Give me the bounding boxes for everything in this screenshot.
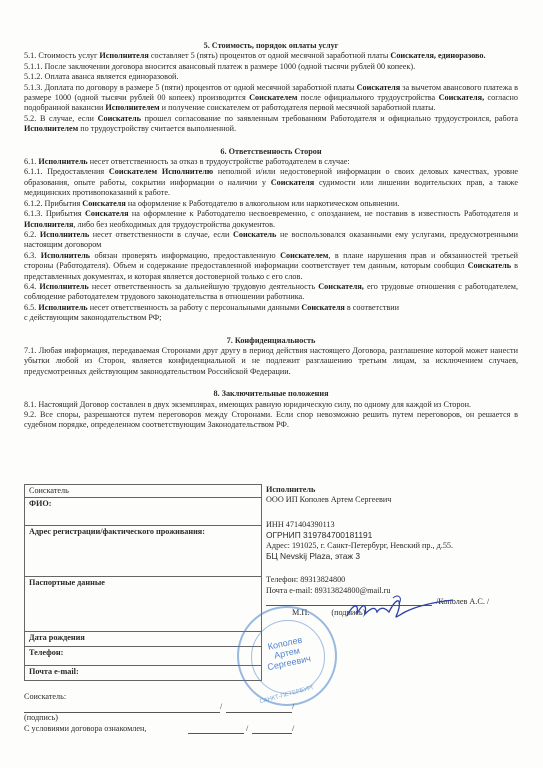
section7-title: 7. Конфиденциальность xyxy=(24,336,518,346)
acquainted-name-line[interactable] xyxy=(252,724,292,734)
company-stamp: Кополев Артем Сергеевич САНКТ-ПЕТЕРБУРГ xyxy=(237,606,337,706)
executor-bc: БЦ Nevskij Plaza, этаж 3 xyxy=(266,551,526,561)
clause-6-2: 6.2. Исполнитель несет ответственности в… xyxy=(24,230,518,251)
executor-address: Адрес: 191025, г. Санкт-Петербург, Невск… xyxy=(266,541,526,551)
clause-6-1-3: 6.1.3. Прибытия Соискателя на оформление… xyxy=(24,209,518,230)
executor-ogrnip: ОГРНИП 319784700181191 xyxy=(266,530,526,540)
executor-name: ООО ИП Кополев Артем Сергеевич xyxy=(266,495,526,505)
clause-5-1: 5.1. Стоимость услуг Исполнителя составл… xyxy=(24,51,518,61)
applicant-sign-caption: (подпись) xyxy=(24,713,324,723)
signature-icon xyxy=(345,594,455,624)
clause-6-1-1: 6.1.1. Предоставления Соискателем Исполн… xyxy=(24,167,518,198)
clause-6-1: 6.1. Исполнитель несет ответственность з… xyxy=(24,157,518,167)
applicant-name-line[interactable] xyxy=(226,702,292,713)
clause-8-1: 8.1. Настоящий Договор составлен в двух … xyxy=(24,400,518,410)
applicant-email-field[interactable]: Почта e-mail: xyxy=(25,666,262,681)
section5-title: 5. Стоимость, порядок оплаты услуг xyxy=(24,41,518,51)
applicant-address-field[interactable]: Адрес регистрации/фактического проживани… xyxy=(25,526,262,577)
applicant-sign-line[interactable] xyxy=(24,702,220,713)
applicant-table: Соискатель ФИО: Адрес регистрации/фактич… xyxy=(24,484,262,681)
clause-7-1: 7.1. Любая информация, передаваемая Стор… xyxy=(24,346,518,377)
section8-title: 8. Заключительные положения xyxy=(24,389,518,399)
clause-5-2: 5.2. В случае, если Соискатель прошел со… xyxy=(24,114,518,135)
applicant-passport-field[interactable]: Паспортные данные xyxy=(25,577,262,632)
contract-page: 5. Стоимость, порядок оплаты услуг 5.1. … xyxy=(24,0,518,431)
applicant-birthdate-field[interactable]: Дата рождения xyxy=(25,632,262,647)
executor-phone: Телефон: 89313824800 xyxy=(266,575,526,585)
clause-5-1-1: 5.1.1. После заключении договора вноситс… xyxy=(24,62,518,72)
clause-6-5: 6.5. Исполнитель несет ответственность з… xyxy=(24,303,518,324)
applicant-phone-field[interactable]: Телефон: xyxy=(25,647,262,666)
applicant-header: Соискатель xyxy=(25,485,262,498)
clause-6-1-2: 6.1.2. Прибытия Соискателя на оформление… xyxy=(24,199,518,209)
executor-header: Исполнитель xyxy=(266,485,526,495)
clause-9-2: 9.2. Все споры, разрешаются путем перего… xyxy=(24,410,518,431)
clause-6-3: 6.3. Исполнитель обязан проверять информ… xyxy=(24,251,518,282)
applicant-signature-block: Соискатель: / / (подпись) С условиями до… xyxy=(24,692,324,735)
section6-title: 6. Ответственность Сторон xyxy=(24,147,518,157)
clause-5-1-2: 5.1.2. Оплата аванса является единоразов… xyxy=(24,72,518,82)
clause-5-1-3: 5.1.3. Доплата по договору в размере 5 (… xyxy=(24,83,518,114)
applicant-sign-label: Соискатель: xyxy=(24,692,324,702)
executor-inn: ИНН 471404390113 xyxy=(266,520,526,530)
clause-6-4: 6.4. Исполнитель несет ответственность з… xyxy=(24,282,518,303)
acquainted-label: С условиями договора ознакомлен, xyxy=(24,724,146,733)
applicant-fio-field[interactable]: ФИО: xyxy=(25,498,262,526)
acquainted-sign-line[interactable] xyxy=(188,724,244,734)
